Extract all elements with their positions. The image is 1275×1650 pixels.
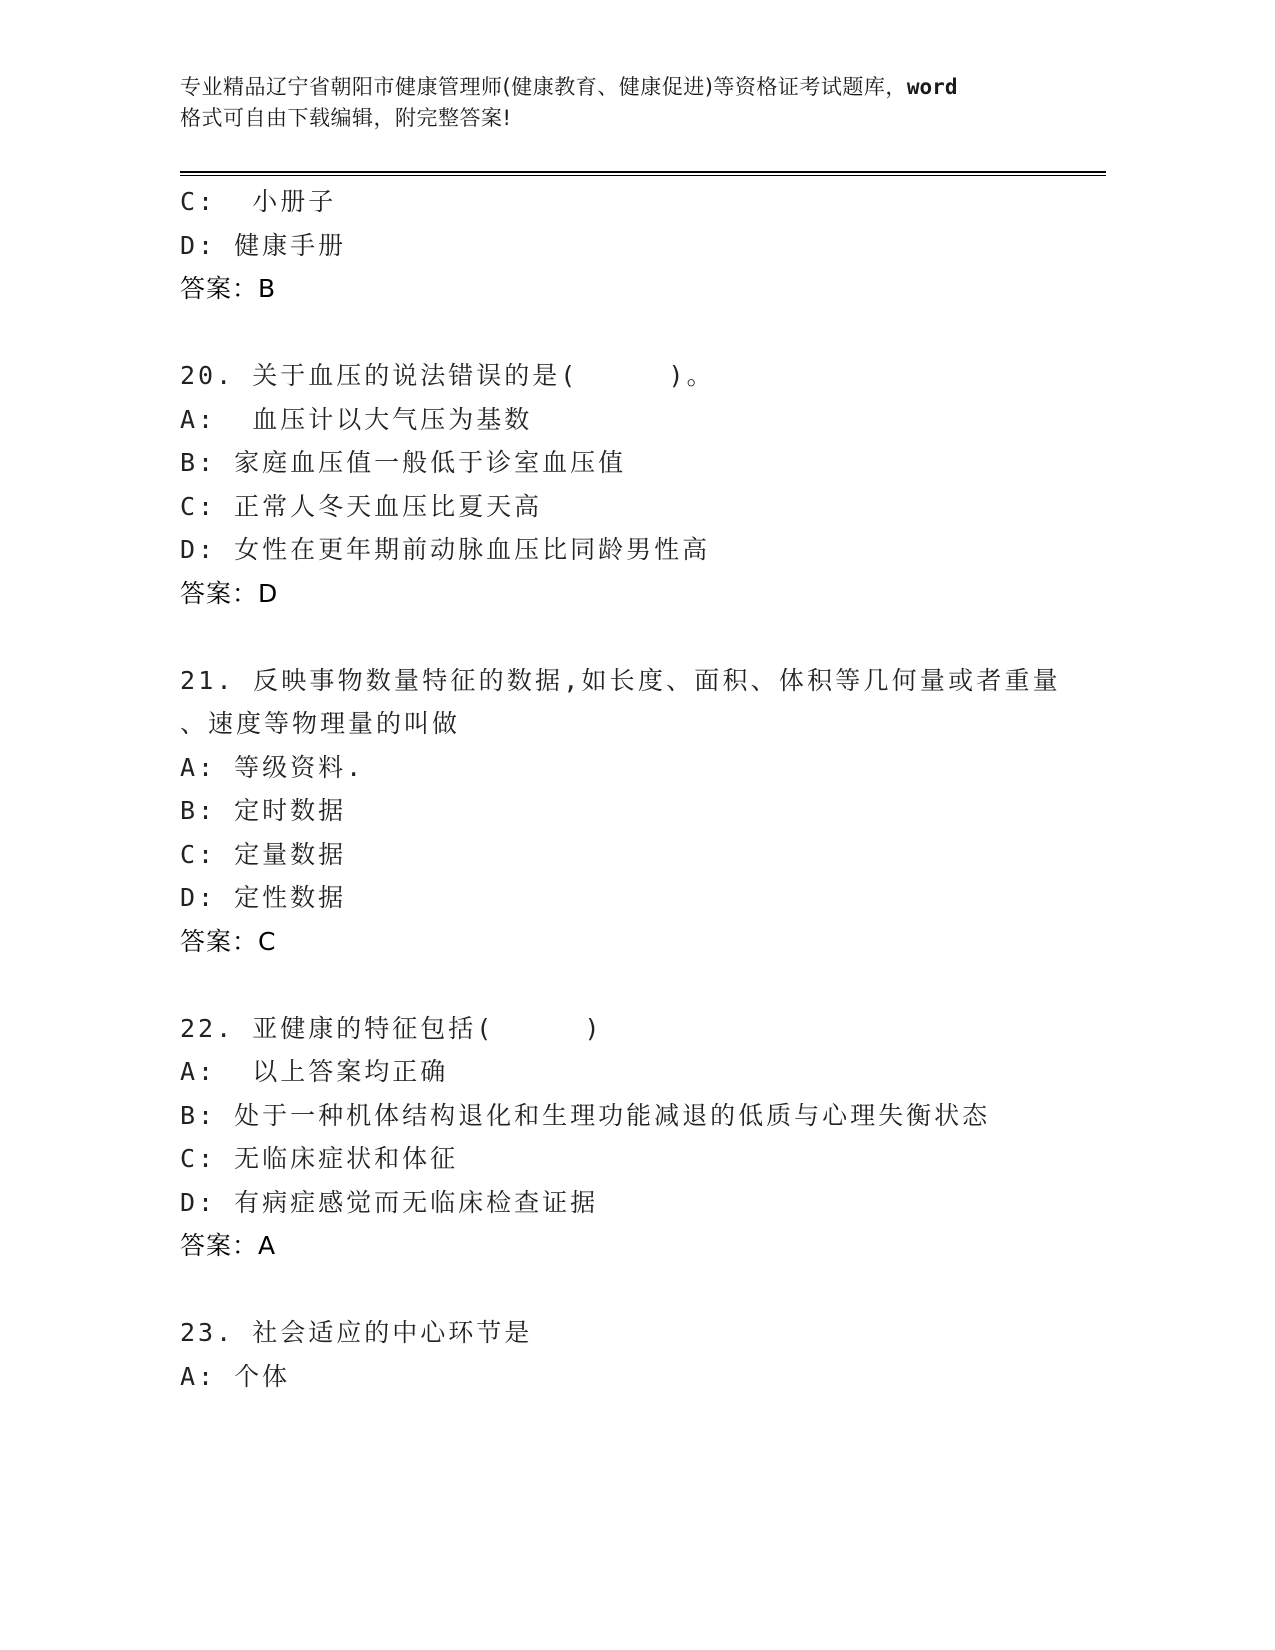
document-header: 专业精品辽宁省朝阳市健康管理师(健康教育、健康促进)等资格证考试题库，word … <box>180 72 1106 134</box>
header-line-1: 专业精品辽宁省朝阳市健康管理师(健康教育、健康促进)等资格证考试题库，word <box>180 72 1106 103</box>
answer-line: 答案：B <box>180 267 1106 311</box>
answer-label: 答案： <box>180 579 258 608</box>
question-stem-continued: 、速度等物理量的叫做 <box>180 702 1106 746</box>
question-text: 关于血压的说法错误的是( )。 <box>252 361 714 390</box>
question-23: 23. 社会适应的中心环节是 A: 个体 <box>180 1311 1106 1398</box>
option-b: B: 处于一种机体结构退化和生理功能减退的低质与心理失衡状态 <box>180 1094 1106 1138</box>
question-number: 20. <box>180 361 234 390</box>
option-text: 个体 <box>234 1362 290 1391</box>
question-number: 23. <box>180 1318 234 1347</box>
option-text: 小册子 <box>216 187 336 216</box>
option-c: C: 无临床症状和体征 <box>180 1137 1106 1181</box>
answer-line: 答案：A <box>180 1224 1106 1268</box>
option-c: C: 正常人冬天血压比夏天高 <box>180 485 1106 529</box>
spacer <box>180 1268 1106 1312</box>
option-b: B: 家庭血压值一般低于诊室血压值 <box>180 441 1106 485</box>
option-text: 家庭血压值一般低于诊室血压值 <box>234 448 626 477</box>
question-19-tail: C: 小册子 D: 健康手册 答案：B <box>180 180 1106 311</box>
question-text: 反映事物数量特征的数据,如长度、面积、体积等几何量或者重量 <box>253 666 1061 695</box>
option-text: 定性数据 <box>234 883 346 912</box>
option-a: A: 血压计以大气压为基数 <box>180 398 1106 442</box>
option-c: C: 定量数据 <box>180 833 1106 877</box>
question-stem: 23. 社会适应的中心环节是 <box>180 1311 1106 1355</box>
header-word-text: word <box>907 75 958 99</box>
option-d: D: 定性数据 <box>180 876 1106 920</box>
option-text: 定量数据 <box>234 840 346 869</box>
question-22: 22. 亚健康的特征包括( ) A: 以上答案均正确 B: 处于一种机体结构退化… <box>180 1007 1106 1268</box>
header-title-text: 专业精品辽宁省朝阳市健康管理师(健康教育、健康促进)等资格证考试题库， <box>180 75 907 99</box>
answer-value: A <box>258 1231 276 1260</box>
option-a: A: 个体 <box>180 1355 1106 1399</box>
spacer <box>180 311 1106 355</box>
option-text: 女性在更年期前动脉血压比同龄男性高 <box>234 535 710 564</box>
option-a: A: 以上答案均正确 <box>180 1050 1106 1094</box>
question-stem: 21. 反映事物数量特征的数据,如长度、面积、体积等几何量或者重量 <box>180 659 1106 703</box>
answer-value: C <box>258 927 276 956</box>
answer-line: 答案：C <box>180 920 1106 964</box>
answer-label: 答案： <box>180 927 258 956</box>
option-d: D: 健康手册 <box>180 224 1106 268</box>
question-stem: 22. 亚健康的特征包括( ) <box>180 1007 1106 1051</box>
option-d: D: 有病症感觉而无临床检查证据 <box>180 1181 1106 1225</box>
option-text: 定时数据 <box>234 796 346 825</box>
option-text: 有病症感觉而无临床检查证据 <box>234 1188 598 1217</box>
question-20: 20. 关于血压的说法错误的是( )。 A: 血压计以大气压为基数 B: 家庭血… <box>180 354 1106 615</box>
answer-label: 答案： <box>180 274 258 303</box>
option-text: 正常人冬天血压比夏天高 <box>234 492 542 521</box>
option-text: 血压计以大气压为基数 <box>216 405 532 434</box>
option-text: 无临床症状和体征 <box>234 1144 458 1173</box>
option-text: 等级资料. <box>234 753 364 782</box>
answer-label: 答案： <box>180 1231 258 1260</box>
answer-value: B <box>258 274 276 303</box>
answer-value: D <box>258 579 278 608</box>
question-text: 亚健康的特征包括( ) <box>252 1014 602 1043</box>
question-text: 社会适应的中心环节是 <box>252 1318 532 1347</box>
option-d: D: 女性在更年期前动脉血压比同龄男性高 <box>180 528 1106 572</box>
question-21: 21. 反映事物数量特征的数据,如长度、面积、体积等几何量或者重量 、速度等物理… <box>180 659 1106 964</box>
question-stem: 20. 关于血压的说法错误的是( )。 <box>180 354 1106 398</box>
answer-line: 答案：D <box>180 572 1106 616</box>
spacer <box>180 615 1106 659</box>
option-text: 健康手册 <box>234 231 346 260</box>
spacer <box>180 963 1106 1007</box>
option-text: 以上答案均正确 <box>216 1057 448 1086</box>
option-text: 处于一种机体结构退化和生理功能减退的低质与心理失衡状态 <box>234 1101 990 1130</box>
option-a: A: 等级资料. <box>180 746 1106 790</box>
option-b: B: 定时数据 <box>180 789 1106 833</box>
header-line-2: 格式可自由下载编辑，附完整答案! <box>180 103 1106 134</box>
option-c: C: 小册子 <box>180 180 1106 224</box>
header-divider-thin <box>180 175 1106 176</box>
question-number: 21. <box>180 666 235 695</box>
question-number: 22. <box>180 1014 234 1043</box>
header-divider-thick <box>180 171 1106 173</box>
document-content: C: 小册子 D: 健康手册 答案：B 20. 关于血压的说法错误的是( )。 … <box>180 180 1106 1398</box>
